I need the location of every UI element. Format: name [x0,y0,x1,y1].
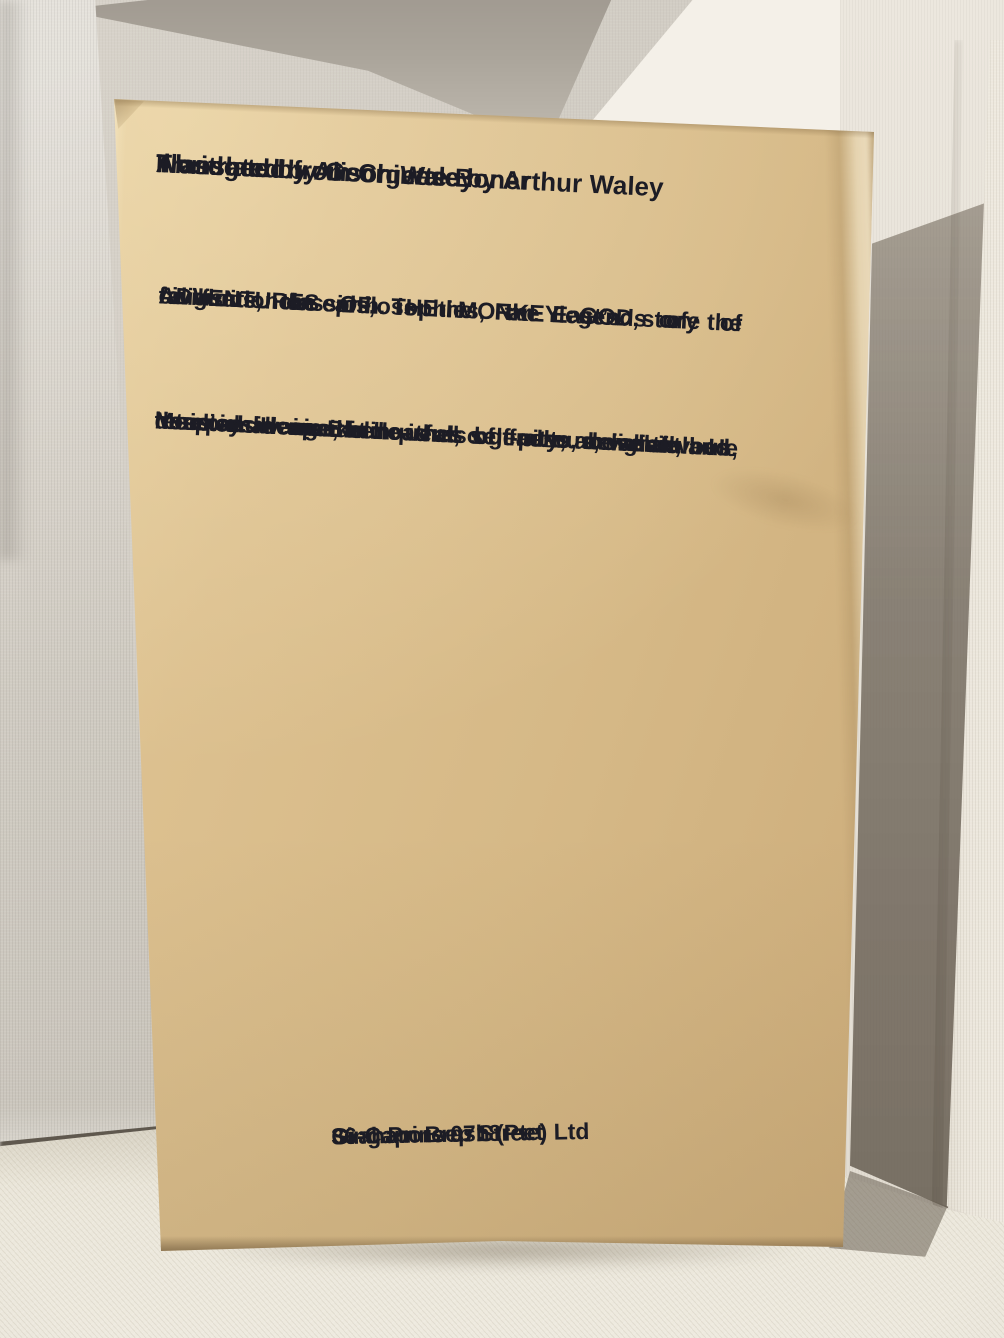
photo-scene: Translated from Chinese by Arthur Waley … [0,0,1004,1338]
credits-block: Translated from Chinese by Arthur Waley … [151,144,757,303]
blurb-line: civilisation on earth. [158,281,386,321]
cover-corner-fold [114,99,144,129]
blurb-paragraph-2: Monkey is mankind – full of faults, misc… [148,406,739,586]
publisher-imprint: Graham Brash (Pte) Ltd 36-C Prinsep Stre… [331,1116,649,1219]
left-edge-shading [0,0,28,560]
publisher-city: Singapore 0718 [331,1119,502,1152]
credit-line-illustrator: Illustrated by Georgette Boner [155,144,531,201]
cover-upper-text-block: Translated from Chinese by Arthur Waley … [134,142,756,650]
